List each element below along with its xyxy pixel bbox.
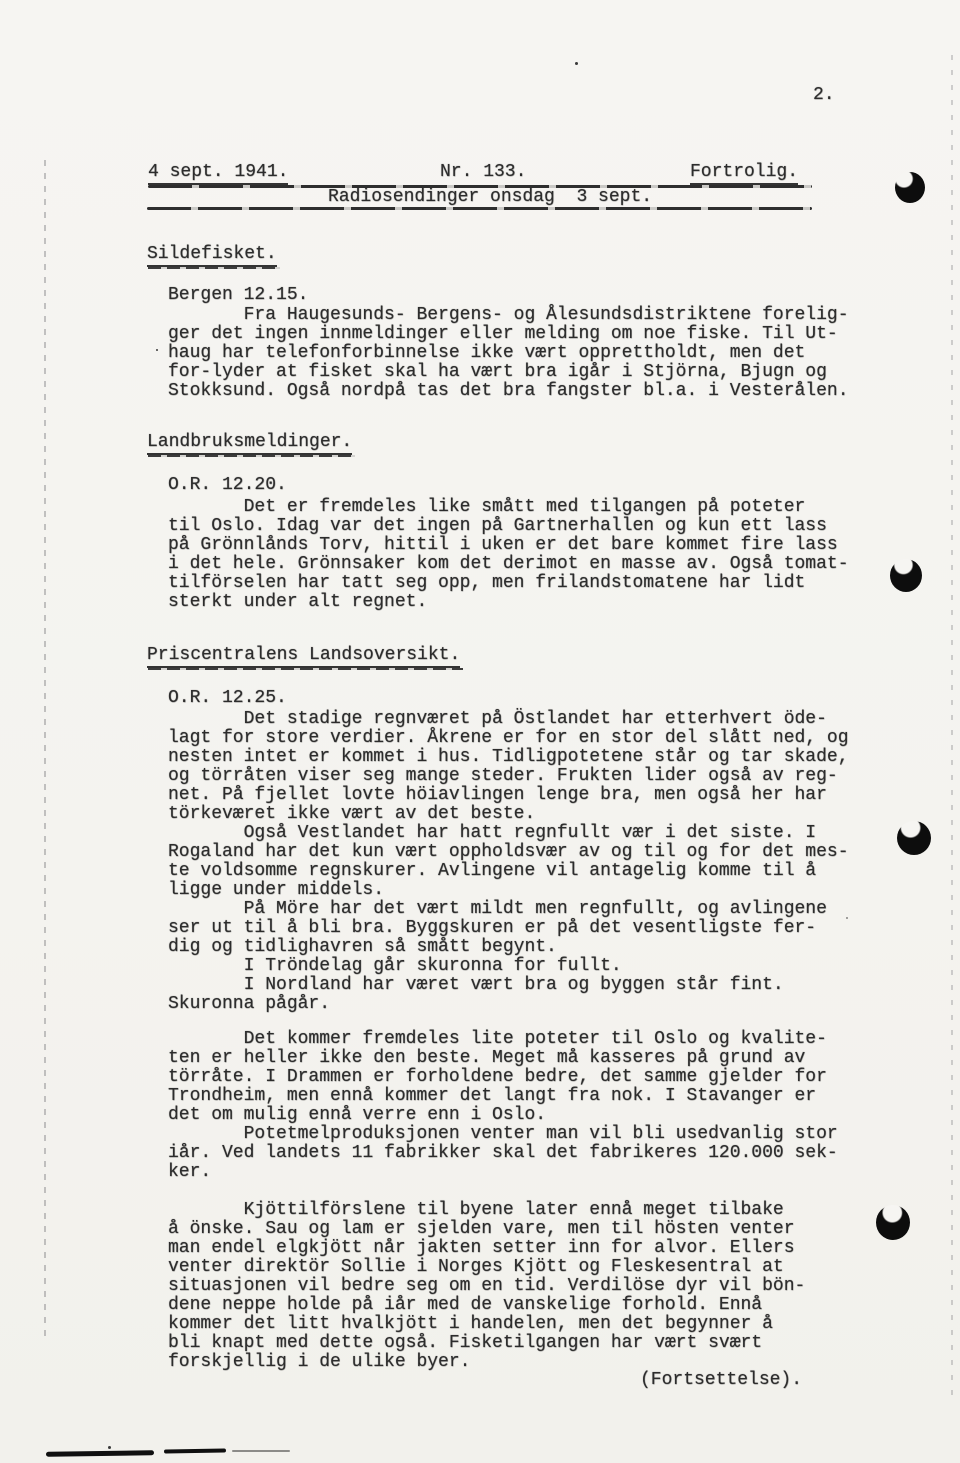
scan-speck — [575, 62, 578, 65]
section-heading: Priscentralens Landsoversikt. — [147, 646, 460, 668]
header-rule — [147, 207, 812, 210]
paragraph: Det er fremdeles like smått med tilgange… — [168, 498, 907, 612]
section-subheading: O.R. 12.20. — [168, 476, 907, 495]
paragraph: Det kommer fremdeles lite poteter til Os… — [168, 1030, 907, 1182]
scan-edge-noise — [951, 55, 953, 1395]
scan-speck — [108, 1446, 111, 1449]
paragraph: Fra Haugesunds- Bergens- og Ålesundsdist… — [168, 306, 907, 401]
page-number: 2. — [813, 86, 835, 105]
section-heading: Sildefisket. — [147, 245, 277, 267]
section-subheading: O.R. 12.25. — [168, 689, 907, 708]
paragraph: Kjöttilförslene til byene later ennå meg… — [168, 1201, 907, 1372]
paragraph: Det stadige regnværet på Östlandet har e… — [168, 710, 907, 1014]
section-sildefisket: Sildefisket. Bergen 12.15. Fra Haugesund… — [147, 245, 907, 401]
header-issue-number: Nr. 133. — [440, 163, 526, 182]
ink-blot-mark — [895, 172, 925, 203]
section-heading: Landbruksmeldinger. — [147, 433, 352, 455]
section-priscentralens-landsoversikt: Priscentralens Landsoversikt. O.R. 12.25… — [147, 646, 907, 1372]
header-subtitle: Radiosendinger onsdag 3 sept. — [328, 188, 652, 207]
section-subheading: Bergen 12.15. — [168, 286, 907, 305]
header-date: 4 sept. 1941. — [148, 163, 288, 185]
header-classification: Fortrolig. — [690, 163, 798, 185]
scan-streak — [164, 1448, 226, 1453]
continuation-note: (Fortsettelse). — [640, 1371, 802, 1390]
paper-fold-line — [44, 160, 46, 1340]
scan-streak — [232, 1450, 290, 1452]
scan-streak — [46, 1450, 154, 1457]
section-landbruksmeldinger: Landbruksmeldinger. O.R. 12.20. Det er f… — [147, 433, 907, 612]
